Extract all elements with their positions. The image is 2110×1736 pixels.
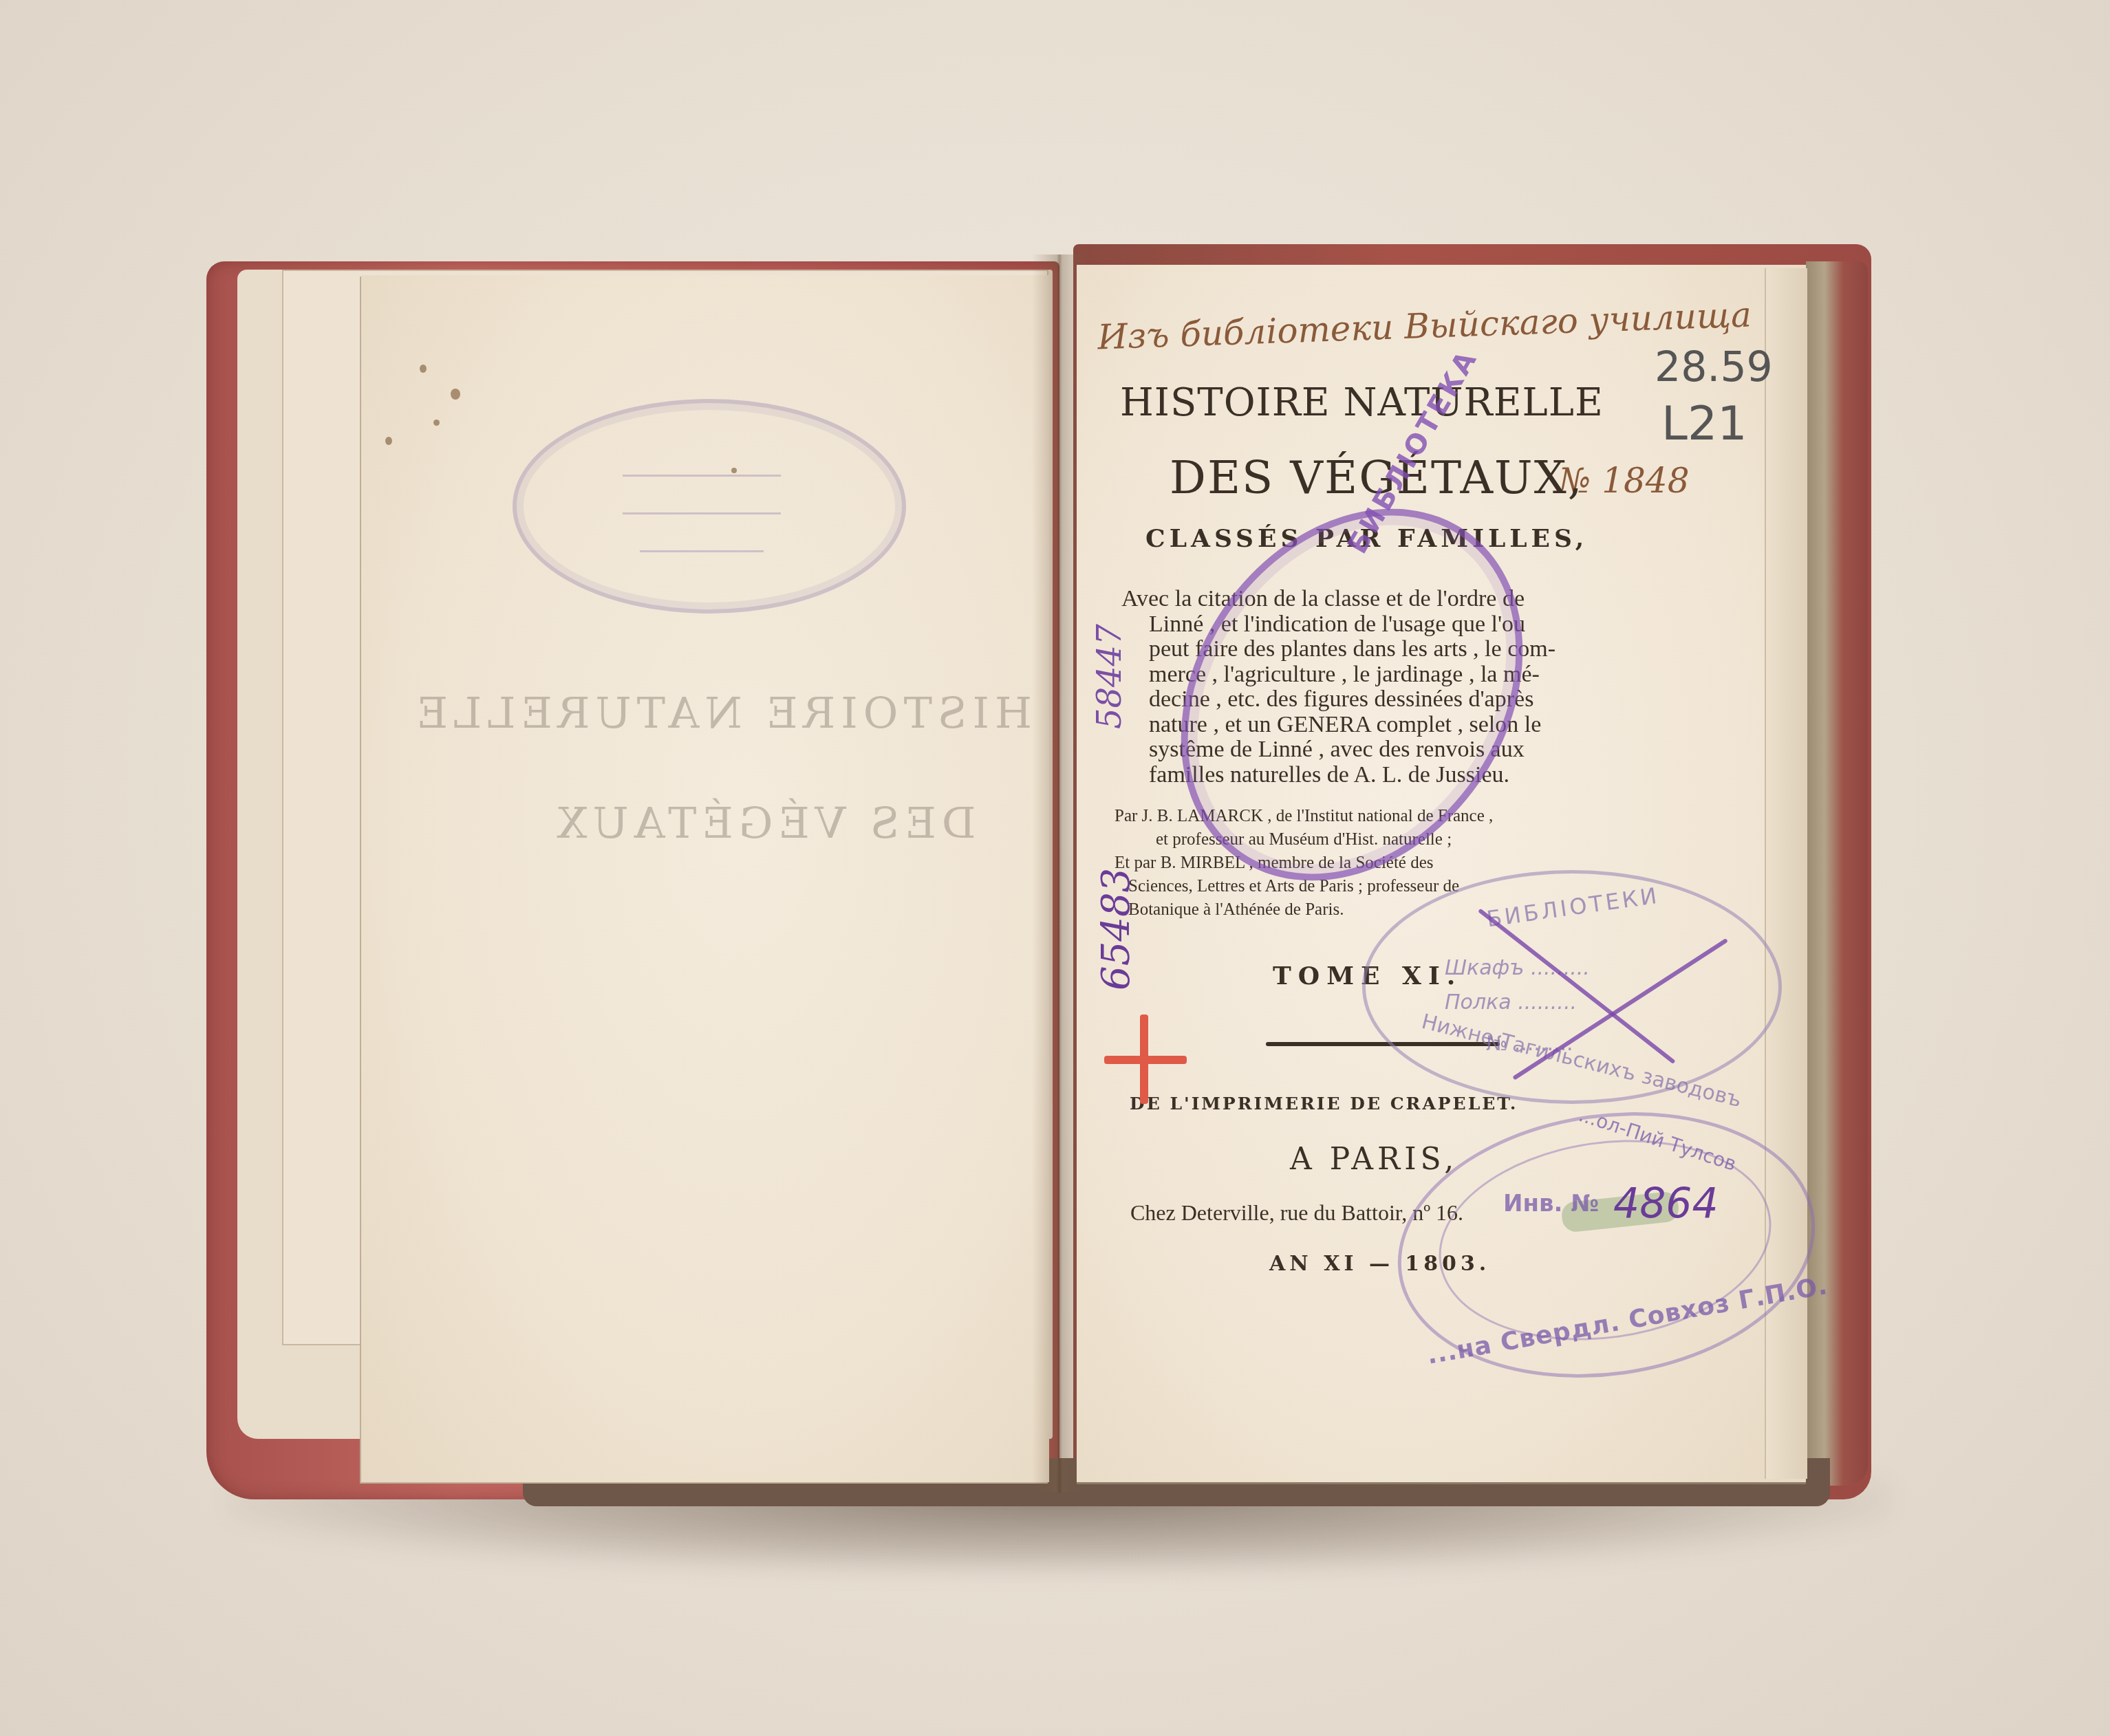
foxing-spot xyxy=(385,437,392,445)
shelfmark-line-2: L21 xyxy=(1661,401,1747,448)
margin-number-2: 65483 xyxy=(1094,868,1139,990)
foxing-spot xyxy=(420,365,427,373)
bleed-through-stamp-line xyxy=(640,550,764,552)
red-cross-mark xyxy=(1104,1015,1187,1104)
city-line: A PARIS, xyxy=(1290,1142,1458,1177)
bleed-through-stamp-line xyxy=(623,512,781,514)
title-line-1: HISTOIRE NATURELLE xyxy=(1120,380,1604,425)
inventory-label: Инв. № xyxy=(1503,1190,1599,1217)
foxing-spot xyxy=(731,468,737,473)
shelfmark-line-1: 28.59 xyxy=(1655,344,1773,391)
margin-number-1: 58447 xyxy=(1090,624,1129,729)
bleed-through-stamp xyxy=(513,399,906,614)
foxing-spot xyxy=(433,420,440,426)
inventory-number: 4864 xyxy=(1613,1180,1719,1228)
printer-line: DE L'IMPRIMERIE DE CRAPELET. xyxy=(1130,1094,1518,1114)
foxing-spot xyxy=(451,389,460,400)
bleed-through-title-2: DES VÉGÉTAUX xyxy=(495,798,1032,848)
bleed-through-title-1: HISTOIRE NATURELLE xyxy=(440,688,1032,738)
stamp-polka-field: Полка ......... xyxy=(1445,990,1577,1015)
bleed-through-stamp-line xyxy=(623,475,781,477)
